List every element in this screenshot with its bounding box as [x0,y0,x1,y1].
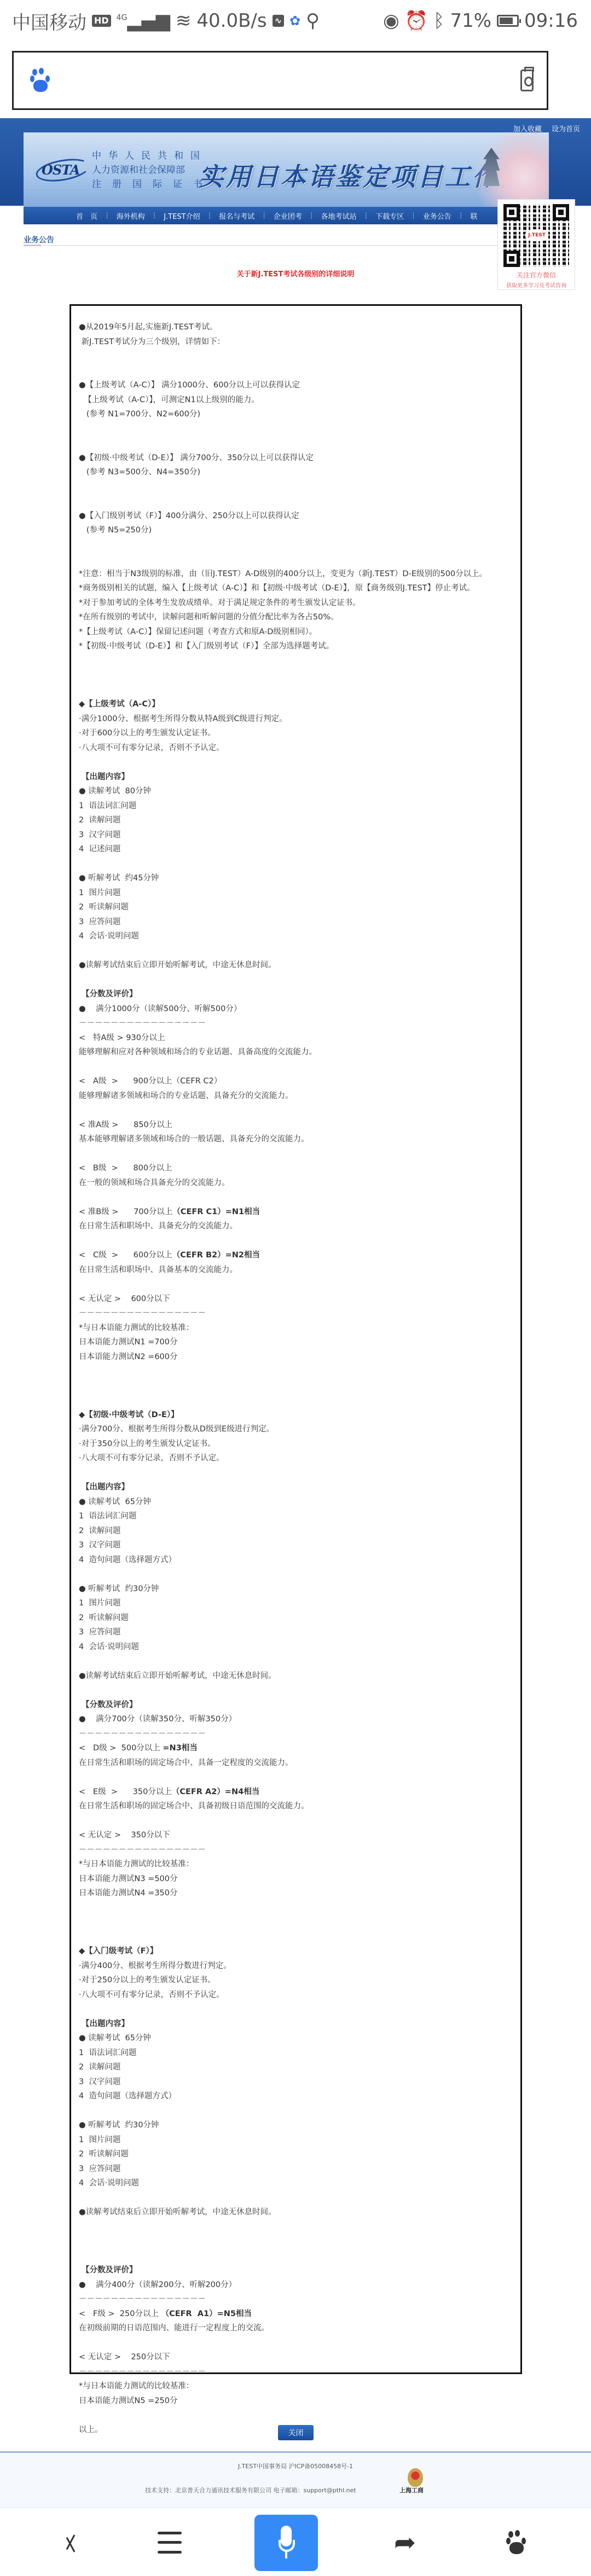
blank-line [79,1654,520,1669]
blank-line [79,2191,520,2206]
voice-search-button[interactable] [254,2515,318,2571]
article-line: 2 读解问题 [79,2060,520,2075]
article-line: 4 会话·说明问题 [79,1640,520,1655]
hd-icon: HD [92,15,111,27]
article-line: 2 听读解问题 [79,2147,520,2162]
article-line: 1 图片问题 [79,1596,520,1611]
article-line: (参考 N1=700分、N2=600分) [79,407,520,422]
article-line: ●读解考试结束后立即开始听解考试，中途无休息时间。 [79,1669,520,1684]
browser-bottom-nav: ➦ [0,2508,591,2576]
article-line: 2 读解问题 [79,813,520,828]
blank-line [79,1466,520,1481]
article-line: ·八大项不可有零分记录，否则不予认定。 [79,1988,520,2003]
activity-icon: ∿ [273,15,284,27]
nav-corporate[interactable]: 企业团考 [266,211,310,221]
nav-contact[interactable]: 联 [462,211,485,221]
qr-subcaption: 获取更多学习及考试咨询 [503,281,569,289]
section-heading: ◆【上级考试（A-C）】 [79,697,520,712]
article-line: 1 图片问题 [79,886,520,901]
article-line: 4 会话·说明问题 [79,2176,520,2191]
article-line: ·八大项不可有零分记录，否则不予认定。 [79,1451,520,1466]
article-line: 2 读解问题 [79,1524,520,1539]
qr-caption: 关注官方微信 [503,270,569,280]
blank-line [79,1277,520,1292]
nav-downloads[interactable]: 下载专区 [368,211,412,221]
eye-icon: ◉ [383,10,399,32]
blank-line [79,1060,520,1075]
article-line: 3 应答问题 [79,1625,520,1640]
blank-line [79,944,520,959]
blank-line [79,668,520,683]
microphone-icon [279,2526,294,2561]
article-line: *与日本语能力测试的比较基准： [79,1857,520,1872]
nav-jtest-intro[interactable]: J.TEST介绍 [156,211,207,221]
article-line: ·对于350分以上的考生颁发认定证书。 [79,1437,520,1452]
article-line: < 无认定 > 350分以下 [79,1828,520,1843]
article-line: ·对于250分以上的考生颁发认定证书。 [79,1973,520,1988]
blank-line [79,1770,520,1785]
footer-support: 技术支持：北京普天合力通讯技术服务有限公司 电子邮箱：support@pthl.… [145,2486,356,2494]
section-heading: 【分数及评价】 [79,1698,520,1713]
article-line: 1 图片问题 [79,2133,520,2148]
blank-line [79,654,520,669]
article-line: ● 满分700分（读解350分、听解350分） [79,1712,520,1727]
article-line: *与日本语能力测试的比较基准： [79,2379,520,2394]
battery-percent: 71% [450,10,491,32]
close-button[interactable]: 关闭 [278,2425,314,2440]
blank-line [79,1190,520,1205]
section-heading: ◆【入门级考试（F）】 [79,1944,520,1959]
battery-icon [497,15,519,27]
article-line: ● 听解考试 约30分钟 [79,2118,520,2133]
article-line: ·八大项不可有零分记录，否则不予认定。 [79,741,520,756]
article-line: 3 汉字问题 [79,1538,520,1553]
article-content: ●从2019年5月起,实施新J.TEST考试。 新J.TEST考试分为三个级别，… [69,304,522,2374]
status-bar: 中国移动 HD 4G▂▄▆ ≋ 40.0B/s ∿ ✿ ⚲ ◉ ⏰ ᛒ 71% … [0,0,591,42]
section-title: 业务公告 [24,234,54,245]
blank-line [79,1683,520,1698]
qr-code-image: J.TEST [503,204,569,267]
article-line: 能够理解诸多领域和场合的专业话题、具备充分的交流能力。 [79,1089,520,1104]
blank-line [79,494,520,509]
jlpt-equivalent: （CEFR C1）=N1相当 [172,1208,260,1216]
baidu-home-button[interactable] [495,2508,539,2576]
blank-line [79,1901,520,1916]
blank-line [79,683,520,698]
article-line: 在一般的领域和场合具备充分的交流能力。 [79,1176,520,1191]
blank-line [79,2220,520,2235]
jlpt-equivalent: =N3相当 [163,1744,197,1753]
article-line: *与日本语能力测试的比较基准： [79,1321,520,1336]
blank-line [79,2104,520,2119]
article-line: 4 会话·说明问题 [79,929,520,944]
article-line: < 准B级 > 700分以上（CEFR C1）=N1相当 [79,1205,520,1220]
article-line: ● 听解考试 约45分钟 [79,871,520,886]
hamburger-icon [158,2532,182,2554]
blank-line [79,1567,520,1582]
article-line: －－－－－－－－－－－－－－－－ [79,2365,520,2380]
article-line: －－－－－－－－－－－－－－－－ [79,1843,520,1858]
wifi-icon: ≋ [176,10,192,32]
blank-line [79,857,520,872]
article-line: < 特A级 > 930分以上 [79,1031,520,1046]
article-line: 2 听读解问题 [79,1611,520,1626]
article-line: 能够理解和应对各种领域和场合的专业话题、具备高度的交流能力。 [79,1045,520,1060]
article-line: 3 应答问题 [79,915,520,930]
article-line: 日本语能力测试N3 =500分 [79,1872,520,1887]
article-line: *在所有级别的考试中，读解问题和听解问题的分值分配比率为各占50%。 [79,610,520,625]
article-line: ●读解考试结束后立即开始听解考试，中途无休息时间。 [79,958,520,973]
article-line: ●【上级考试（A-C）】 满分1000分、600分以上可以获得认定 [79,378,520,393]
blank-line [79,1814,520,1829]
blank-line [79,2408,520,2423]
section-heading: 【分数及评价】 [79,2263,520,2278]
nav-overseas[interactable]: 海外机构 [109,211,153,221]
article-line: 在日常生活和职场的固定场合中、具备初级日语范围的交流能力。 [79,1799,520,1814]
article-line: 在初级前期的日语范围内、能进行一定程度上的交流。 [79,2321,520,2336]
article-line: ● 满分1000分（读解500分、听解500分） [79,1002,520,1017]
article-line: < E级 > 350分以上（CEFR A2）=N4相当 [79,1785,520,1800]
article-line: *对于参加考试的全体考生发放成绩单。对于满足规定条件的考生颁发认定证书。 [79,596,520,611]
article-line: 4 造句问题（选择题方式） [79,1553,520,1568]
article-line: < A级 > 900分以上（CEFR C2） [79,1074,520,1089]
article-line: (参考 N3=500分、N4=350分) [79,465,520,480]
blank-line [79,1393,520,1408]
article-line: －－－－－－－－－－－－－－－－ [79,2292,520,2307]
blank-line [79,1364,520,1379]
article-line: ·满分700分、根据考生所得分数从D级到E级进行判定。 [79,1422,520,1437]
article-line: (参考 N5=250分) [79,523,520,538]
section-heading: 【出题内容】 [79,2017,520,2032]
article-line: 在日常生活和职场中、具备充分的交流能力。 [79,1219,520,1234]
blank-line [79,1147,520,1162]
footer-icp: J.TEST中国事务局 沪ICP备05008458号-1 [0,2462,591,2470]
qr-center-label: J.TEST [525,229,548,241]
nav-registration[interactable]: 报名与考试 [211,211,262,221]
main-nav: 首 页┆ 海外机构┆ J.TEST介绍┆ 报名与考试┆ 企业团考┆ 各地考试站┆… [24,207,549,224]
article-line: ● 读解考试 65分钟 [79,2031,520,2046]
carrier-label: 中国移动 [12,8,86,34]
shanghai-aic-label[interactable]: 上海工商 [399,2486,424,2494]
article-line: 1 语法词汇问题 [79,2046,520,2061]
blank-line [79,2249,520,2264]
article-line: 日本语能力测试N1 =700分 [79,1335,520,1350]
article-line: < 准A级 > 850分以上 [79,1118,520,1133]
blank-line [79,1379,520,1394]
search-input[interactable] [63,74,509,87]
article-line: < 无认定 > 250分以下 [79,2350,520,2365]
article-line: 日本语能力测试N5 =250分 [79,2394,520,2409]
blank-line [79,1103,520,1118]
article-line: < C级 > 600分以上（CEFR B2）=N2相当 [79,1248,520,1263]
article-line: 基本能够理解诸多领域和场合的一般话题、具备充分的交流能力。 [79,1132,520,1147]
article-line: 3 汉字问题 [79,2075,520,2090]
network-speed: 40.0B/s [196,10,266,32]
alarm-icon: ⏰ [405,10,428,32]
org-name: 中华人民共和国 人力资源和社会保障部 注册国际证书 [92,149,213,192]
castle-sakura-image [467,132,549,207]
blank-line [79,755,520,770]
article-line: 日本语能力测试N2 =600分 [79,1350,520,1365]
divider [24,245,549,246]
article-line: < B级 > 800分以上 [79,1161,520,1176]
section-heading: 【出题内容】 [79,770,520,785]
browser-search-bar[interactable] [12,51,548,110]
article-line: ● 满分400分（读解200分、听解200分） [79,2278,520,2293]
article-line: < D级 > 500分以上 =N3相当 [79,1741,520,1756]
section-heading: ◆【初级·中级考试（D-E）】 [79,1408,520,1423]
bluetooth-icon: ᛒ [433,10,444,32]
jlpt-equivalent: （CEFR A1）=N5相当 [161,2310,252,2318]
article-line: 【上级考试（A-C）】，可测定N1以上级别的能力。 [79,393,520,408]
article-line: < 无认定 > 600分以下 [79,1292,520,1307]
article-line: ●从2019年5月起,实施新J.TEST考试。 [79,320,520,335]
signal-icon: 4G▂▄▆ [117,10,170,32]
article-line: ● 读解考试 65分钟 [79,1495,520,1510]
article-line: *注意：相当于N3级别的标准，由（旧J.TEST）A-D级别的400分以上，变更… [79,567,520,582]
article-line: 1 语法词汇问题 [79,1509,520,1524]
clock: 09:16 [524,10,578,32]
baidu-icon: ✿ [289,13,300,28]
blank-line [79,349,520,364]
article-line: 1 语法词汇问题 [79,799,520,814]
blank-line [79,2234,520,2249]
article-line: －－－－－－－－－－－－－－－－ [79,1727,520,1742]
blank-line [79,538,520,553]
baidu-paw-icon [506,2530,528,2555]
blank-line [79,1234,520,1249]
section-heading: 【分数及评价】 [79,987,520,1002]
blank-line [79,2336,520,2351]
article-line: ●读解考试结束后立即开始听解考试，中途无休息时间。 [79,2205,520,2220]
article-line: ●【初级·中级考试（D-E）】 满分700分、350分以上可以获得认定 [79,451,520,466]
baidu-paw-icon[interactable] [30,68,52,93]
article-line: －－－－－－－－－－－－－－－－ [79,1016,520,1031]
article-line: < F级 > 250分以上 （CEFR A1）=N5相当 [79,2307,520,2322]
chevron-left-icon [65,2530,78,2555]
set-homepage-link[interactable]: 设为首页 [552,123,580,134]
share-button[interactable]: ➦ [383,2508,427,2576]
article-line: 3 应答问题 [79,2162,520,2177]
menu-button[interactable] [148,2508,192,2576]
site-banner: OSTA 中华人民共和国 人力资源和社会保障部 注册国际证书 实用日本语鉴定项目… [24,132,549,207]
article-line: *【上级考试（A-C）】保留记述问题（考查方式和原A-D级别相同）。 [79,625,520,640]
jlpt-equivalent: （CEFR B2）=N2相当 [172,1251,260,1260]
shanghai-aic-emblem-icon[interactable] [408,2468,423,2487]
back-button[interactable] [49,2508,93,2576]
article-line: ·满分400分、根据考生所得分数进行判定。 [79,1959,520,1974]
section-heading: 【出题内容】 [79,1480,520,1495]
nav-home[interactable]: 首 页 [68,211,105,221]
jlpt-equivalent: （CEFR A2）=N4相当 [172,1788,259,1796]
wechat-qr-box[interactable]: J.TEST 关注官方微信 获取更多学习及考试咨询 [497,199,575,290]
blank-line [79,436,520,451]
camera-icon[interactable] [520,69,534,91]
nav-announcements[interactable]: 业务公告 [415,211,459,221]
article-line: ●【入门级别考试（F）】400分满分、250分以上可以获得认定 [79,509,520,524]
blank-line [79,364,520,379]
article-line: 4 记述问题 [79,842,520,857]
blank-line [79,1915,520,1930]
article-line: 新J.TEST考试分为三个级别，详情如下： [79,335,520,350]
article-line: 在日常生活和职场的固定场合中、具备一定程度的交流能力。 [79,1756,520,1771]
article-line: 日本语能力测试N4 =350分 [79,1886,520,1901]
blank-line [79,1930,520,1945]
article-line: 3 汉字问题 [79,828,520,843]
osta-logo: OSTA [42,162,79,178]
article-line: 在日常生活和职场中、具备基本的交流能力。 [79,1263,520,1278]
article-line: *【初级·中级考试（D-E）】和【入门级别考试（F）】全部为选择题考试。 [79,639,520,654]
blank-line [79,2002,520,2017]
article-line: *商务级别相关的试题，编入【上级考试（A-C）】和【初级·中级考试（D-E）】，… [79,581,520,596]
article-line: ·满分1000分、根据考生所得分数从特A级到C级进行判定。 [79,712,520,727]
key-icon: ⚲ [306,10,320,32]
share-arrow-icon: ➦ [394,2529,416,2556]
article-line: ● 听解考试 约30分钟 [79,1582,520,1597]
nav-test-sites[interactable]: 各地考试站 [314,211,364,221]
article-line: 2 听读解问题 [79,900,520,915]
blank-line [79,973,520,988]
blank-line [79,480,520,495]
article-line: ● 读解考试 80分钟 [79,784,520,799]
site-footer: J.TEST中国事务局 沪ICP备05008458号-1 技术支持：北京普天合力… [0,2451,591,2508]
article-line: －－－－－－－－－－－－－－－－ [79,1306,520,1321]
article-line: ·对于600分以上的考生颁发认定证书。 [79,726,520,741]
blank-line [79,422,520,437]
blank-line [79,552,520,567]
article-line: 4 造句问题（选择题方式） [79,2089,520,2104]
